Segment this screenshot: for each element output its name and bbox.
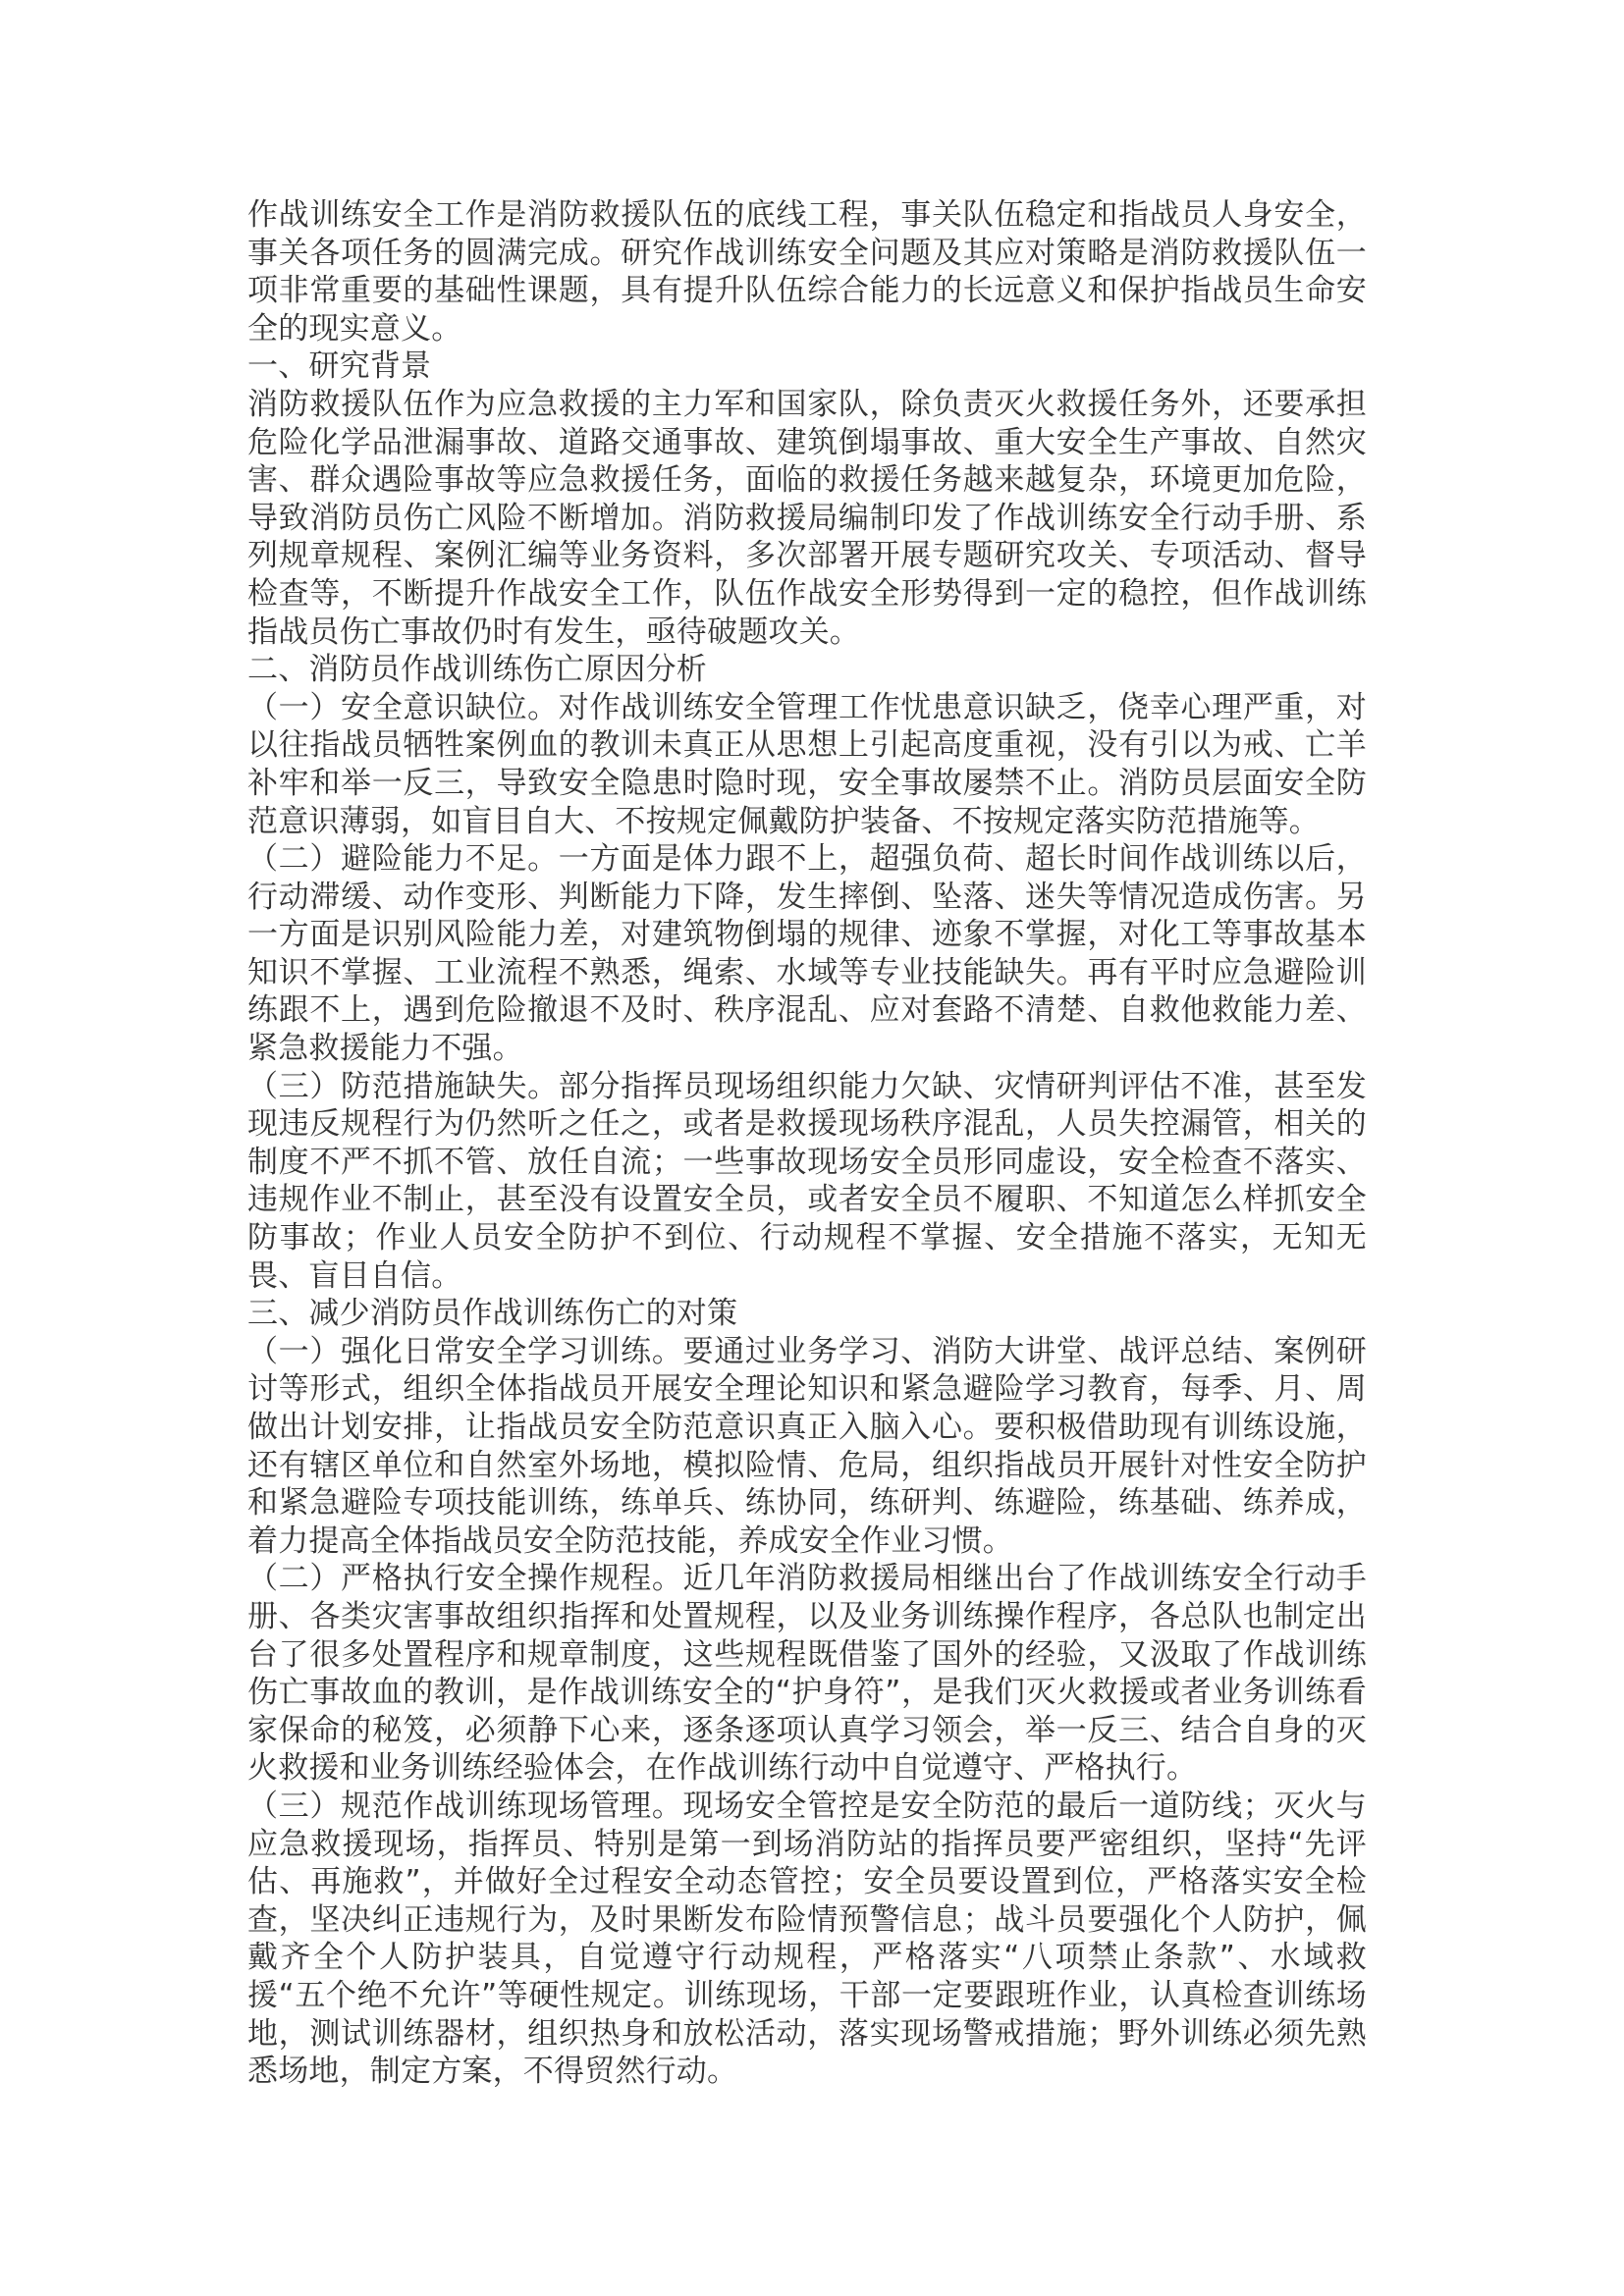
section-heading-countermeasures: 三、减少消防员作战训练伤亡的对策	[247, 1295, 1367, 1333]
cause-paragraph-safety-awareness: （一）安全意识缺位。对作战训练安全管理工作忧患意识缺乏，侥幸心理严重，对以往指战…	[247, 689, 1367, 840]
countermeasure-paragraph-regulations: （二）严格执行安全操作规程。近几年消防救援局相继出台了作战训练安全行动手册、各类…	[247, 1560, 1367, 1788]
section-heading-cause-analysis: 二、消防员作战训练伤亡原因分析	[247, 651, 1367, 689]
cause-paragraph-preventive-measures: （三）防范措施缺失。部分指挥员现场组织能力欠缺、灾情研判评估不准，甚至发现违反规…	[247, 1068, 1367, 1296]
intro-paragraph: 作战训练安全工作是消防救援队伍的底线工程，事关队伍稳定和指战员人身安全，事关各项…	[247, 196, 1367, 347]
countermeasure-paragraph-training: （一）强化日常安全学习训练。要通过业务学习、消防大讲堂、战评总结、案例研讨等形式…	[247, 1333, 1367, 1561]
background-paragraph: 消防救援队伍作为应急救援的主力军和国家队，除负责灭火救援任务外，还要承担危险化学…	[247, 386, 1367, 651]
section-heading-background: 一、研究背景	[247, 347, 1367, 386]
cause-paragraph-risk-avoidance: （二）避险能力不足。一方面是体力跟不上，超强负荷、超长时间作战训练以后，行动滞缓…	[247, 840, 1367, 1068]
document-page: 作战训练安全工作是消防救援队伍的底线工程，事关队伍稳定和指战员人身安全，事关各项…	[247, 196, 1367, 2091]
countermeasure-paragraph-site-management: （三）规范作战训练现场管理。现场安全管控是安全防范的最后一道防线；灭火与应急救援…	[247, 1788, 1367, 2091]
